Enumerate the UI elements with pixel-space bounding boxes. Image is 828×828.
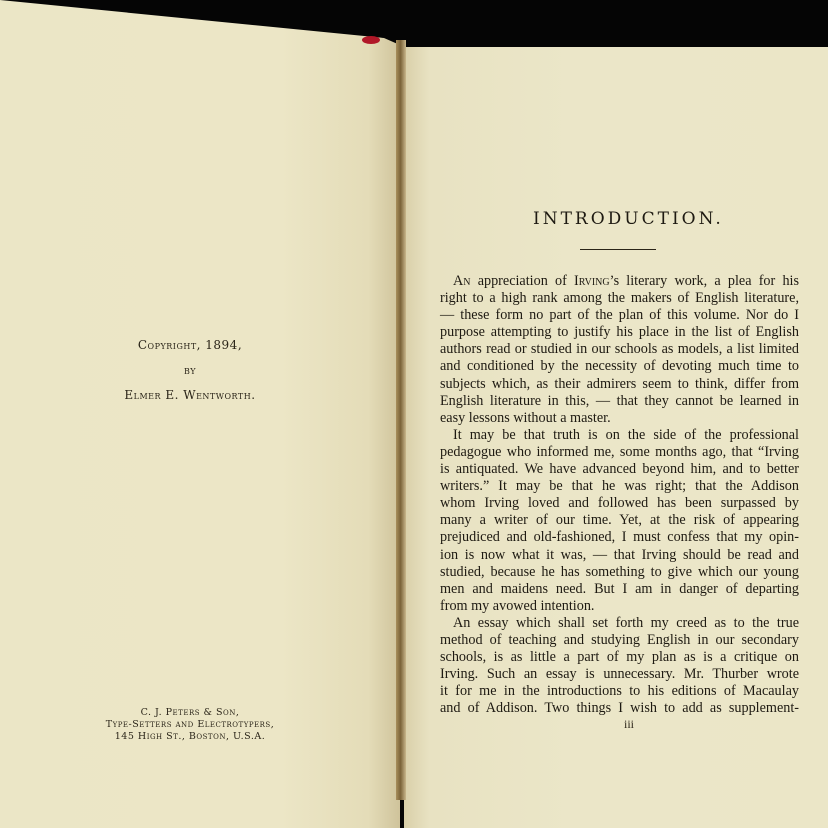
text-line: and of Addison. Two things I wish to add… bbox=[440, 700, 799, 717]
text-line: ion is now what it was, — that Irving sh… bbox=[440, 547, 799, 564]
text-line: right to a high rank among the makers of… bbox=[440, 290, 799, 307]
text-line: purpose attempting to justify his place … bbox=[440, 324, 799, 341]
text-line: and conditioned by the necessity of devo… bbox=[440, 358, 799, 375]
text-line: whom Irving loved and followed has been … bbox=[440, 495, 799, 512]
left-page bbox=[0, 0, 400, 828]
text-line: schools, is as little a part of my plan … bbox=[440, 649, 799, 666]
text-line: many a writer of our time. Yet, at the r… bbox=[440, 512, 799, 529]
text-line: An appreciation of Irving’s literary wor… bbox=[440, 273, 799, 290]
text-line: easy lessons without a master. bbox=[440, 410, 799, 427]
author-line: Elmer E. Wentworth. bbox=[60, 383, 320, 408]
printer-imprint: C. J. Peters & Son, Type-Setters and Ele… bbox=[60, 707, 320, 743]
text-line: authors read or studied in our schools a… bbox=[440, 341, 799, 358]
text-line: from my avowed intention. bbox=[440, 598, 799, 615]
text-line: method of teaching and studying English … bbox=[440, 632, 799, 649]
bookmark-ribbon bbox=[362, 36, 380, 44]
printer-name: C. J. Peters & Son, bbox=[60, 707, 320, 719]
text-line: Irving. Such an essay is unnecessary. Mr… bbox=[440, 666, 799, 683]
text-line: studied, because he has something to giv… bbox=[440, 564, 799, 581]
page-number: iii bbox=[624, 717, 634, 732]
copyright-line: Copyright, 1894, bbox=[60, 333, 320, 358]
text-line: subjects which, as their admirers seem t… bbox=[440, 376, 799, 393]
by-line: by bbox=[60, 358, 320, 383]
book-gutter bbox=[396, 40, 406, 800]
text-line: prejudiced and old-fashioned, I must con… bbox=[440, 529, 799, 546]
text-line: is antiquated. We have advanced beyond h… bbox=[440, 461, 799, 478]
text-line: — these form no part of the plan of this… bbox=[440, 307, 799, 324]
body-text: An appreciation of Irving’s literary wor… bbox=[440, 273, 799, 717]
text-line: writers.” It may be that he was right; t… bbox=[440, 478, 799, 495]
page-title: INTRODUCTION. bbox=[533, 209, 724, 229]
text-line: men and maidens need. But I am in danger… bbox=[440, 581, 799, 598]
text-line: It may be that truth is on the side of t… bbox=[440, 427, 799, 444]
printer-trade: Type-Setters and Electrotypers, bbox=[60, 719, 320, 731]
text-line: it for me in the introductions to his ed… bbox=[440, 683, 799, 700]
title-rule bbox=[580, 249, 656, 250]
text-line: English literature in this, — that they … bbox=[440, 393, 799, 410]
text-line: An essay which shall set forth my creed … bbox=[440, 615, 799, 632]
printer-address: 145 High St., Boston, U.S.A. bbox=[60, 731, 320, 743]
copyright-block: Copyright, 1894, by Elmer E. Wentworth. bbox=[60, 333, 320, 408]
text-line: pedagogue who informed me, some months a… bbox=[440, 444, 799, 461]
